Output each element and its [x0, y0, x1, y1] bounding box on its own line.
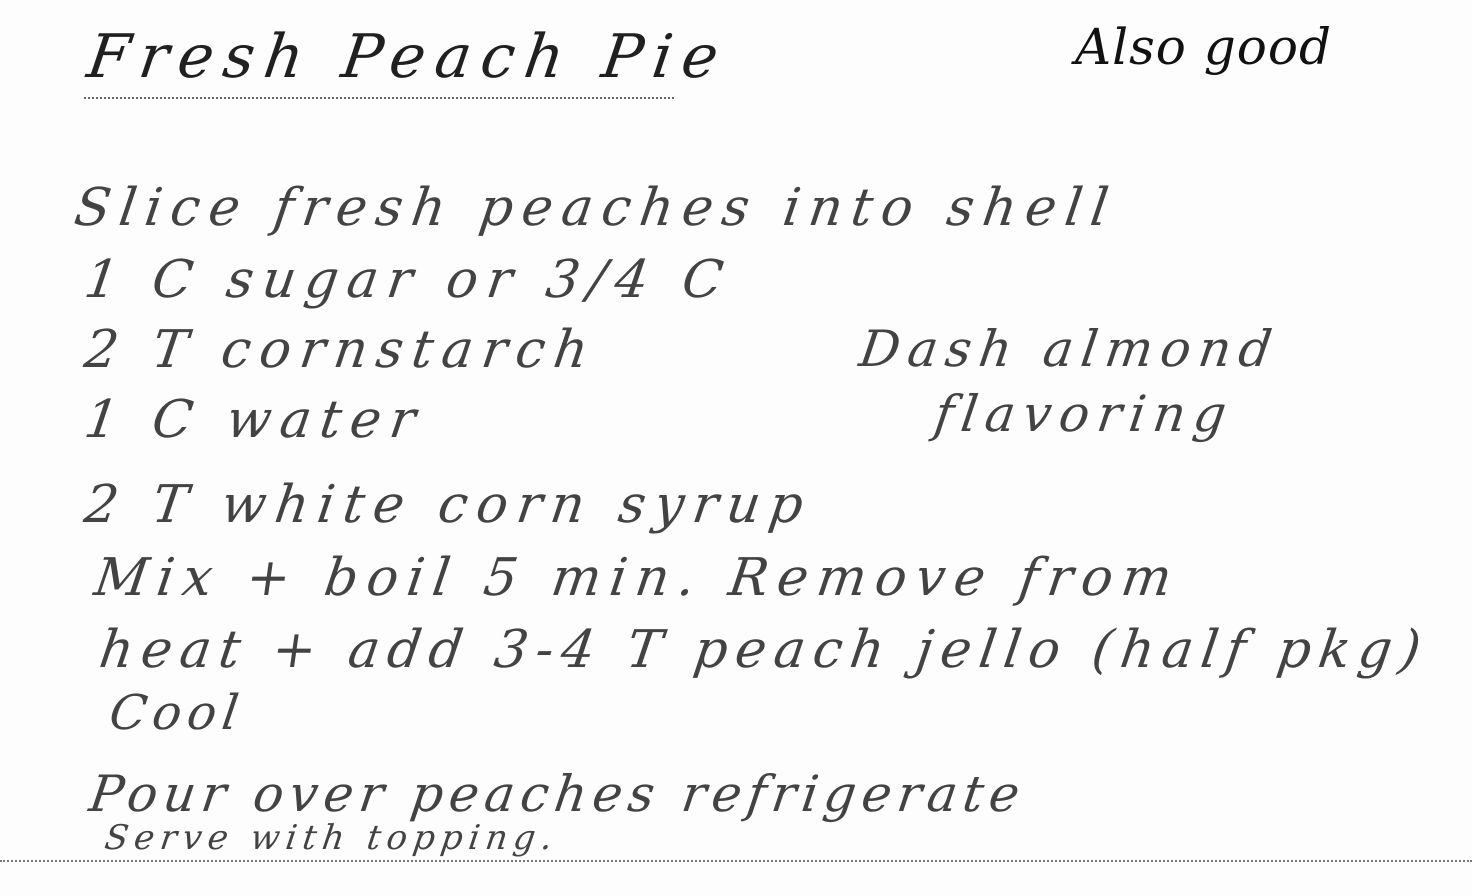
- side-note-line-1: Dash almond: [856, 320, 1283, 378]
- recipe-line-8: Cool: [106, 685, 248, 741]
- recipe-card: Fresh Peach Pie Also good Slice fresh pe…: [0, 0, 1472, 896]
- recipe-line-10: Serve with topping.: [102, 818, 561, 858]
- top-note: Also good: [1075, 18, 1332, 76]
- recipe-line-4: 1 C water: [81, 390, 428, 450]
- recipe-line-5: 2 T white corn syrup: [81, 475, 816, 535]
- recipe-line-6: Mix + boil 5 min. Remove from: [91, 548, 1185, 608]
- recipe-line-9: Pour over peaches refrigerate: [86, 765, 1029, 823]
- recipe-line-1: Slice fresh peaches into shell: [71, 178, 1121, 238]
- recipe-line-7: heat + add 3-4 T peach jello (half pkg): [96, 620, 1433, 680]
- recipe-line-2: 1 C sugar or 3/4 C: [81, 250, 736, 310]
- card-bottom-rule: [0, 860, 1472, 862]
- recipe-line-3: 2 T cornstarch: [81, 320, 601, 380]
- side-note-line-2: flavoring: [931, 385, 1238, 443]
- title-underline: [84, 97, 674, 99]
- recipe-title: Fresh Peach Pie: [83, 22, 733, 92]
